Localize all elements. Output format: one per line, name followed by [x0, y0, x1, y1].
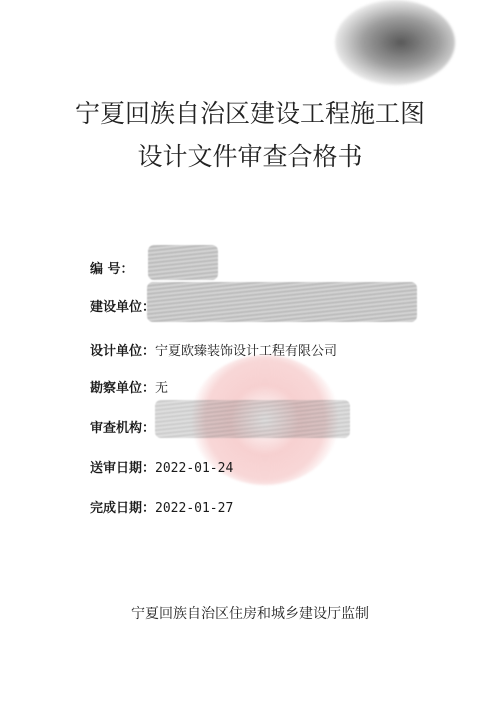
field-label: 建设单位： — [90, 300, 155, 315]
redaction-serial-number — [148, 245, 218, 280]
field-construction-unit: 建设单位： — [90, 296, 155, 315]
document-title-line2: 设计文件审查合格书 — [0, 137, 500, 173]
field-label: 编 号： — [90, 262, 134, 277]
field-label: 设计单位： — [90, 344, 155, 359]
field-label: 完成日期： — [90, 501, 155, 516]
field-value: 2022-01-27 — [155, 501, 233, 516]
issuer-footer: 宁夏回族自治区住房和城乡建设厅监制 — [0, 603, 500, 623]
field-value: 2022-01-24 — [155, 461, 233, 476]
redaction-review-agency — [155, 400, 350, 438]
field-review-agency: 审查机构： — [90, 417, 155, 436]
field-label: 勘察单位： — [90, 381, 155, 396]
field-serial-number: 编 号： — [90, 258, 134, 277]
redaction-construction-unit — [147, 282, 417, 322]
field-value: 无 — [155, 381, 168, 396]
field-label: 审查机构： — [90, 421, 155, 436]
field-survey-unit: 勘察单位：无 — [90, 377, 168, 396]
field-submission-date: 送审日期：2022-01-24 — [90, 457, 233, 476]
top-redaction-scribble — [335, 0, 455, 85]
document-title-line1: 宁夏回族自治区建设工程施工图 — [0, 94, 500, 130]
field-completion-date: 完成日期：2022-01-27 — [90, 497, 233, 516]
field-design-unit: 设计单位：宁夏欧臻装饰设计工程有限公司 — [90, 340, 337, 359]
field-label: 送审日期： — [90, 461, 155, 476]
